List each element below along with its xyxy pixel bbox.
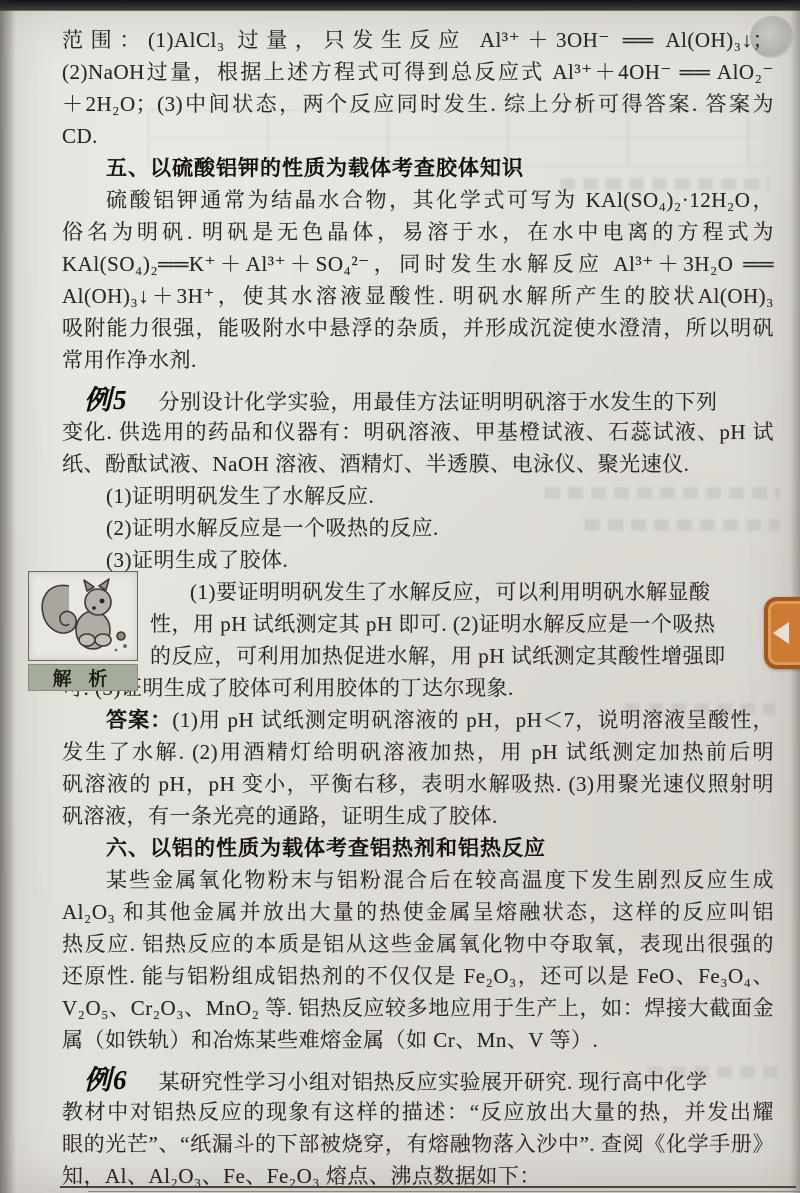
chevron-left-icon <box>773 622 789 644</box>
text-line: 还原性. 能与铝粉组成铝热剂的不仅仅是 Fe₂O₃，还可以是 FeO、Fe₃O₄… <box>62 960 774 992</box>
section-heading-5: 五、以硫酸铝钾的性质为载体考查胶体知识 <box>62 152 774 184</box>
text-line: 常用作净水剂. <box>62 344 774 376</box>
text-line: Al₂O₃ 和其他金属并放出大量的热使金属呈熔融状态，这样的反应叫铝 <box>62 896 774 928</box>
squirrel-illustration <box>28 571 138 661</box>
text-line: 热反应. 铝热反应的本质是铝从这些金属氧化物中夺取氧，表现出很强的 <box>62 928 774 960</box>
chemical-equation-line: KAl(SO₄)₂══K⁺＋Al³⁺＋SO₄²⁻，同时发生水解反应 Al³⁺＋3… <box>62 248 774 280</box>
page-text-block: 范围：(1)AlCl₃ 过量，只发生反应 Al³⁺＋3OH⁻ ══ Al(OH)… <box>62 24 774 1192</box>
scan-edge-top <box>0 0 800 11</box>
table-top-border <box>60 1186 796 1188</box>
text-line: 教材中对铝热反应的现象有这样的描述：“反应放出大量的热，并发出耀 <box>62 1096 774 1128</box>
example-6-line: 例6某研究性学习小组对铝热反应实验展开研究. 现行高中化学 <box>62 1064 774 1096</box>
example-text: 某研究性学习小组对铝热反应实验展开研究. 现行高中化学 <box>159 1070 708 1094</box>
analysis-figure: 解 析 <box>28 571 138 691</box>
scanned-book-page: 范围：(1)AlCl₃ 过量，只发生反应 Al³⁺＋3OH⁻ ══ Al(OH)… <box>0 0 800 1193</box>
squirrel-icon <box>35 576 131 656</box>
example6-marker: 例6 <box>62 1065 129 1095</box>
chemical-equation-line: Al(OH)₃↓＋3H⁺，使其水溶液显酸性. 明矾水解所产生的胶状Al(OH)₃ <box>62 280 774 312</box>
analysis-text-line: (1)要证明明矾发生了水解反应，可以利用明矾水解显酸 <box>150 576 774 608</box>
analysis-label: 解 析 <box>28 664 138 691</box>
answer-text: (1)用 pH 试纸测定明矾溶液的 pH，pH＜7，说明溶液呈酸性， <box>172 708 774 732</box>
answer-label: 答案： <box>106 708 172 732</box>
text-line: 变化. 供选用的药品和仪器有：明矾溶液、甲基橙试液、石蕊试液、pH 试 <box>62 416 774 448</box>
text-line: V₂O₅、Cr₂O₃、MnO₂ 等. 铝热反应较多地应用于生产上，如：焊接大截面… <box>62 992 774 1024</box>
page-back-button[interactable] <box>764 597 800 669</box>
analysis-text-line: 的反应，可利用加热促进水解，用 pH 试纸测定其酸性增强即 <box>150 640 774 672</box>
text-line: (2)NaOH过量，根据上述方程式可得到总反应式 Al³⁺＋4OH⁻ ══ Al… <box>62 56 774 88</box>
question-3-line: (3)证明生成了胶体. <box>62 544 774 576</box>
answer-line: 答案：(1)用 pH 试纸测定明矾溶液的 pH，pH＜7，说明溶液呈酸性， <box>62 704 774 736</box>
text-line: CD. <box>62 120 774 152</box>
analysis-text-line: 性，用 pH 试纸测定其 pH 即可. (2)证明水解反应是一个吸热 <box>150 608 774 640</box>
scan-edge-bottom <box>88 1191 800 1192</box>
example-text: 分别设计化学实验，用最佳方法证明明矾溶于水发生的下列 <box>159 390 718 414</box>
text-line: 某些金属氧化物粉末与铝粉混合后在较高温度下发生剧烈反应生成 <box>62 864 774 896</box>
section-heading-6: 六、以铝的性质为载体考查铝热剂和铝热反应 <box>62 832 774 864</box>
answer-line: 矾溶液，有一条光亮的通路，证明生成了胶体. <box>62 800 774 832</box>
example-5-line: 例5分别设计化学实验，用最佳方法证明明矾溶于水发生的下列 <box>62 384 774 416</box>
text-line: 俗名为明矾. 明矾是无色晶体，易溶于水，在水中电离的方程式为 <box>62 216 774 248</box>
question-1-line: (1)证明明矾发生了水解反应. <box>62 480 774 512</box>
text-line: 属（如铁轨）和冶炼某些难熔金属（如 Cr、Mn、V 等）. <box>62 1024 774 1056</box>
spine-shadow <box>0 0 16 1193</box>
analysis-text-line: 可. (3)证明生成了胶体可利用胶体的丁达尔现象. <box>62 672 774 704</box>
question-2-line: (2)证明水解反应是一个吸热的反应. <box>62 512 774 544</box>
text-line: ＋2H₂O；(3)中间状态，两个反应同时发生. 综上分析可得答案. 答案为 <box>62 88 774 120</box>
answer-line: 矾溶液的 pH，pH 变小，平衡右移，表明水解吸热. (3)用聚光速仪照射明 <box>62 768 774 800</box>
example5-marker: 例5 <box>62 385 129 415</box>
text-line: 硫酸铝钾通常为结晶水合物，其化学式可写为 KAl(SO₄)₂·12H₂O， <box>62 184 774 216</box>
text-line: 范围：(1)AlCl₃ 过量，只发生反应 Al³⁺＋3OH⁻ ══ Al(OH)… <box>62 24 774 56</box>
text-line: 吸附能力很强，能吸附水中悬浮的杂质，并形成沉淀使水澄清，所以明矾 <box>62 312 774 344</box>
answer-line: 发生了水解. (2)用酒精灯给明矾溶液加热，用 pH 试纸测定加热前后明 <box>62 736 774 768</box>
text-line: 纸、酚酞试液、NaOH 溶液、酒精灯、半透膜、电泳仪、聚光速仪. <box>62 448 774 480</box>
text-line: 眼的光芒”、“纸漏斗的下部被烧穿，有熔融物落入沙中”. 查阅《化学手册》 <box>62 1128 774 1160</box>
